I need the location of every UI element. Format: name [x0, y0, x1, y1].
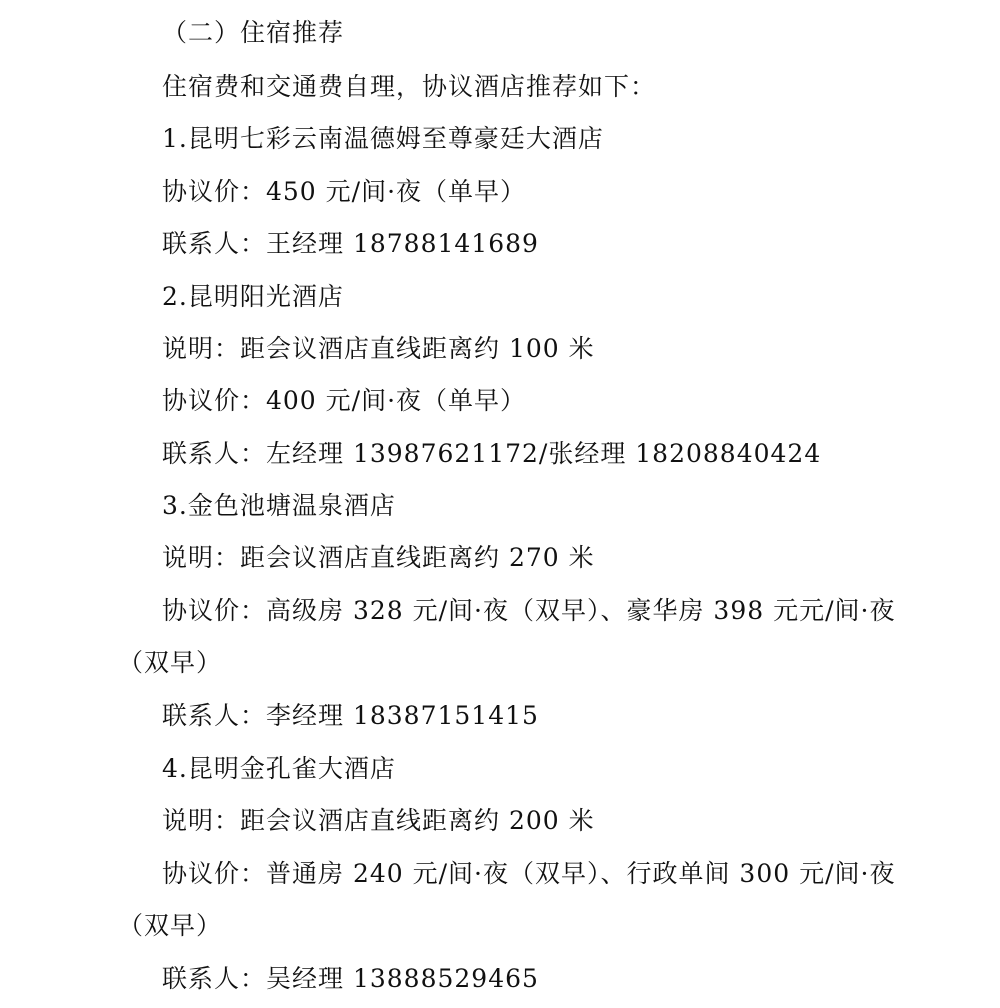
section-heading: （二）住宿推荐: [162, 18, 344, 48]
hotel-4-title: 4.昆明金孔雀大酒店: [162, 754, 396, 784]
hotel-2-title: 2.昆明阳光酒店: [162, 282, 344, 312]
hotel-4-contact: 联系人：吴经理 13888529465: [162, 964, 539, 994]
hotel-4-price: 协议价：普通房 240 元/间·夜（双早）、行政单间 300 元/间·夜: [162, 859, 895, 889]
hotel-3-price: 协议价：高级房 328 元/间·夜（双早）、豪华房 398 元元/间·夜: [162, 596, 895, 626]
hotel-2-note: 说明：距会议酒店直线距离约 100 米: [162, 334, 595, 364]
hotel-3-contact: 联系人：李经理 18387151415: [162, 701, 539, 731]
hotel-3-price-continued: （双早）: [118, 648, 222, 678]
hotel-3-title: 3.金色池塘温泉酒店: [162, 491, 396, 521]
hotel-1-price: 协议价：450 元/间·夜（单早）: [162, 177, 526, 207]
hotel-4-price-continued: （双早）: [118, 911, 222, 941]
hotel-2-contact: 联系人：左经理 13987621172/张经理 18208840424: [162, 439, 821, 469]
hotel-3-note: 说明：距会议酒店直线距离约 270 米: [162, 543, 595, 573]
hotel-1-title: 1.昆明七彩云南温德姆至尊豪廷大酒店: [162, 124, 604, 154]
hotel-2-price: 协议价：400 元/间·夜（单早）: [162, 386, 526, 416]
intro-paragraph: 住宿费和交通费自理，协议酒店推荐如下：: [162, 72, 656, 102]
hotel-4-note: 说明：距会议酒店直线距离约 200 米: [162, 806, 595, 836]
hotel-1-contact: 联系人：王经理 18788141689: [162, 229, 539, 259]
